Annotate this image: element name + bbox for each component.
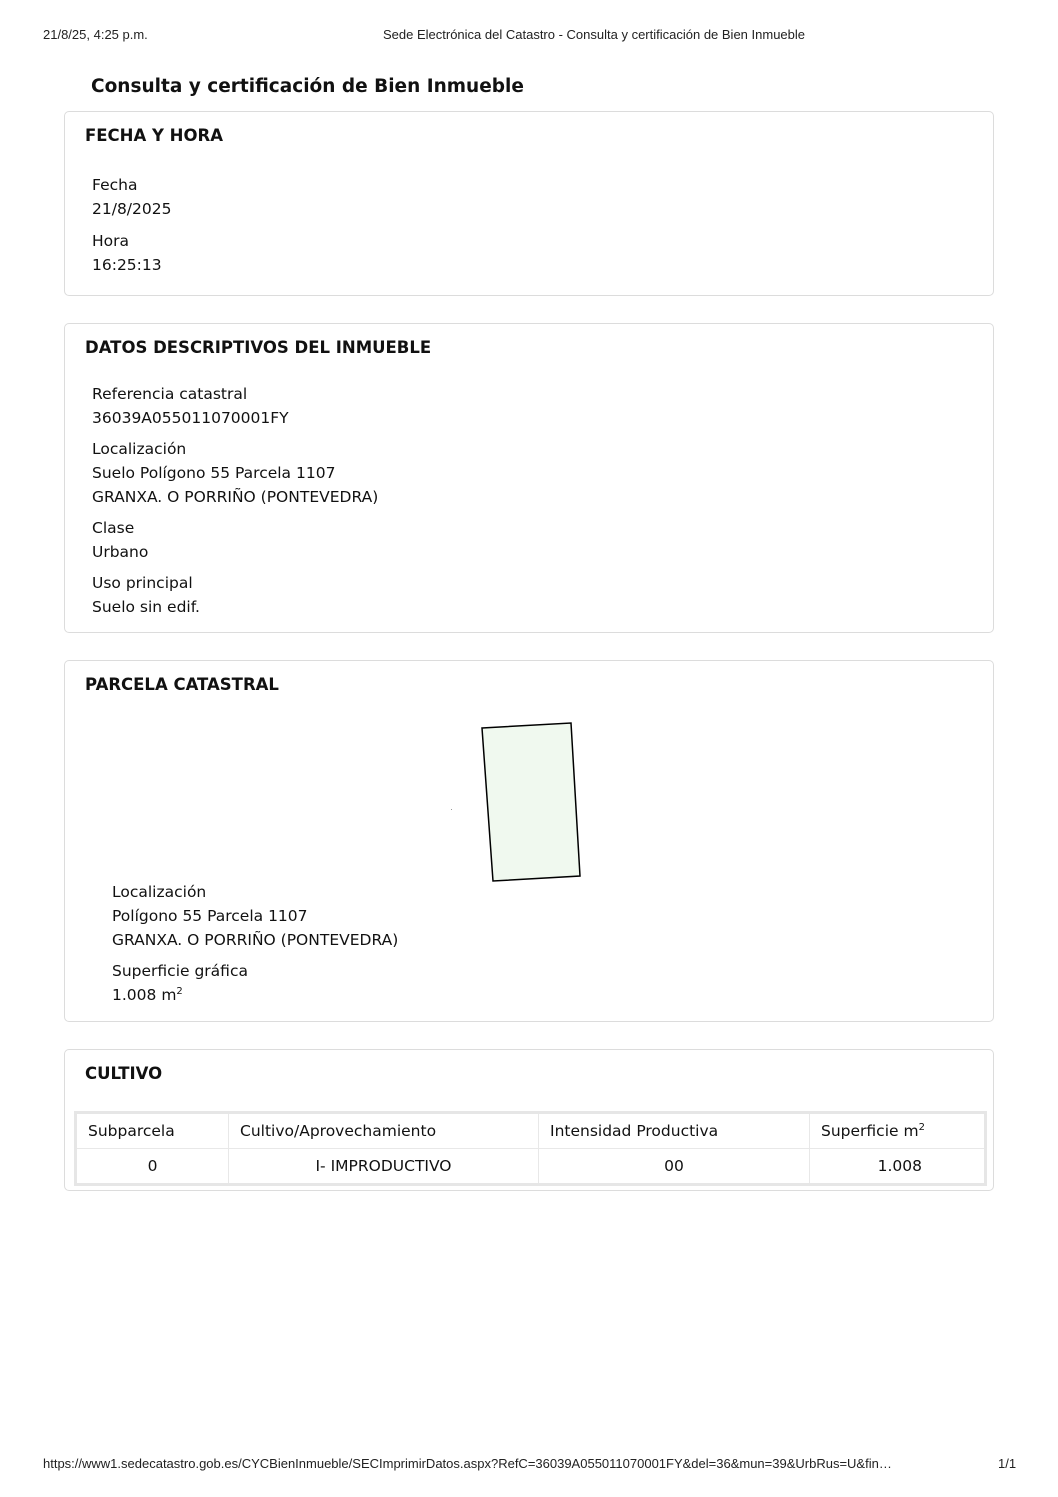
- referencia-label: Referencia catastral: [92, 382, 378, 406]
- fecha-value: 21/8/2025: [92, 197, 171, 221]
- print-header: 21/8/25, 4:25 p.m. Sede Electrónica del …: [0, 27, 1058, 45]
- cell-superficie: 1.008: [810, 1149, 986, 1185]
- cell-subparcela: 0: [76, 1149, 229, 1185]
- page-number: 1/1: [998, 1456, 1016, 1471]
- uso-value: Suelo sin edif.: [92, 595, 378, 619]
- cultivo-header-row: Subparcela Cultivo/Aprovechamiento Inten…: [76, 1113, 986, 1149]
- referencia-value: 36039A055011070001FY: [92, 406, 378, 430]
- superficie-value: 1.008 m2: [112, 983, 398, 1007]
- col-cultivo: Cultivo/Aprovechamiento: [229, 1113, 539, 1149]
- clase-value: Urbano: [92, 540, 378, 564]
- hora-label: Hora: [92, 229, 171, 253]
- fecha-label: Fecha: [92, 173, 171, 197]
- page-title: Consulta y certificación de Bien Inmuebl…: [91, 76, 524, 97]
- print-footer: https://www1.sedecatastro.gob.es/CYCBien…: [0, 1456, 1058, 1474]
- fecha-hora-card: FECHA Y HORA Fecha 21/8/2025 Hora 16:25:…: [64, 111, 994, 296]
- print-url: https://www1.sedecatastro.gob.es/CYCBien…: [43, 1456, 892, 1471]
- datos-descriptivos-card: DATOS DESCRIPTIVOS DEL INMUEBLE Referenc…: [64, 323, 994, 633]
- table-row: 0 I- IMPRODUCTIVO 00 1.008: [76, 1149, 986, 1185]
- cultivo-table: Subparcela Cultivo/Aprovechamiento Inten…: [74, 1111, 987, 1186]
- cell-intensidad: 00: [539, 1149, 810, 1185]
- hora-value: 16:25:13: [92, 253, 171, 277]
- col-subparcela: Subparcela: [76, 1113, 229, 1149]
- parcela-localizacion-line1: Polígono 55 Parcela 1107: [112, 904, 398, 928]
- cultivo-card: CULTIVO Subparcela Cultivo/Aprovechamien…: [64, 1049, 994, 1191]
- localizacion-line1: Suelo Polígono 55 Parcela 1107: [92, 461, 378, 485]
- col-superficie: Superficie m2: [810, 1113, 986, 1149]
- localizacion-line2: GRANXA. O PORRIÑO (PONTEVEDRA): [92, 485, 378, 509]
- cultivo-heading: CULTIVO: [85, 1064, 162, 1083]
- col-intensidad: Intensidad Productiva: [539, 1113, 810, 1149]
- superficie-label: Superficie gráfica: [112, 959, 398, 983]
- fecha-hora-heading: FECHA Y HORA: [85, 126, 223, 145]
- cell-cultivo: I- IMPRODUCTIVO: [229, 1149, 539, 1185]
- parcela-catastral-card: PARCELA CATASTRAL Localización Polígono …: [64, 660, 994, 1022]
- clase-label: Clase: [92, 516, 378, 540]
- uso-label: Uso principal: [92, 571, 378, 595]
- print-document-title: Sede Electrónica del Catastro - Consulta…: [383, 27, 805, 42]
- parcela-localizacion-line2: GRANXA. O PORRIÑO (PONTEVEDRA): [112, 928, 398, 952]
- parcela-localizacion-label: Localización: [112, 880, 398, 904]
- datos-heading: DATOS DESCRIPTIVOS DEL INMUEBLE: [85, 338, 431, 357]
- print-date: 21/8/25, 4:25 p.m.: [43, 27, 148, 42]
- parcel-polygon: [482, 723, 580, 881]
- localizacion-label: Localización: [92, 437, 378, 461]
